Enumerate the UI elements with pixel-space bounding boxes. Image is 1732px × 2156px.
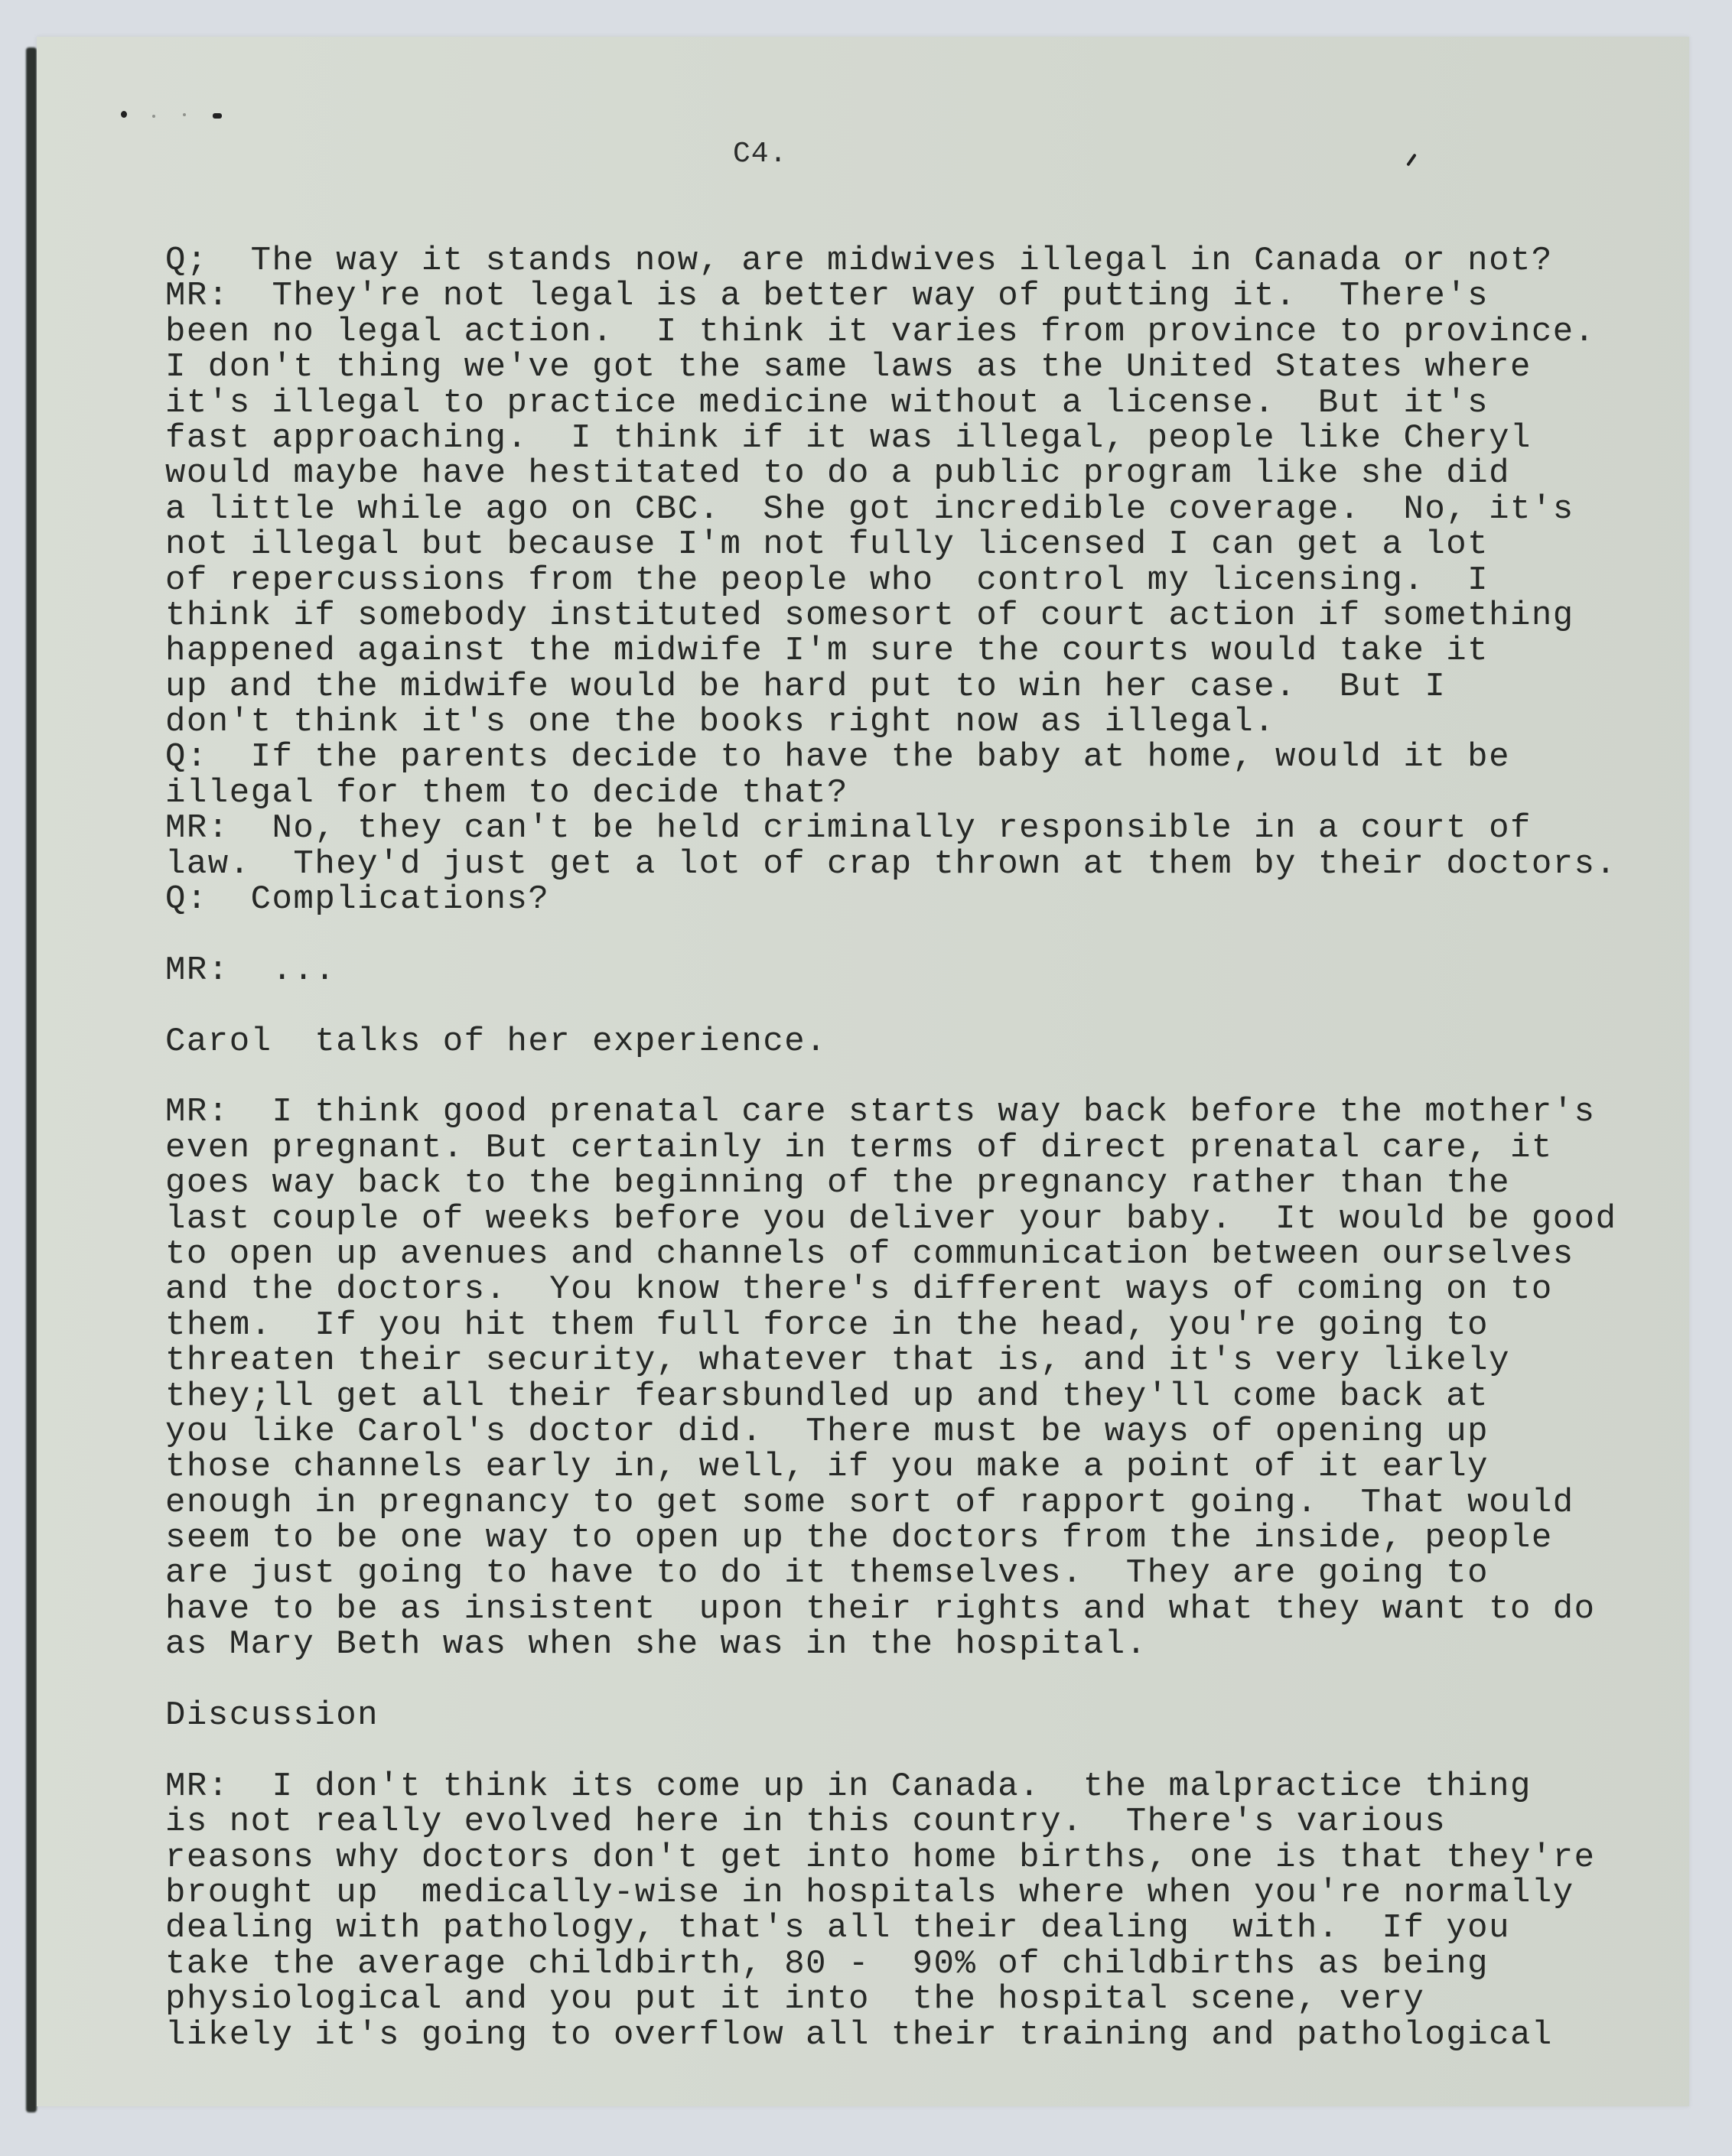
- punch-mark: [183, 113, 186, 116]
- text-line: Q; The way it stands now, are midwives i…: [165, 243, 1619, 278]
- text-line: of repercussions from the people who con…: [165, 563, 1619, 598]
- text-line: even pregnant. But certainly in terms of…: [165, 1130, 1619, 1166]
- text-line: Discussion: [165, 1698, 1619, 1733]
- text-line: enough in pregnancy to get some sort of …: [165, 1485, 1619, 1520]
- punch-mark: [152, 115, 155, 118]
- text-line: been no legal action. I think it varies …: [165, 314, 1619, 350]
- typed-body: Q; The way it stands now, are midwives i…: [165, 243, 1619, 2053]
- text-line: threaten their security, whatever that i…: [165, 1343, 1619, 1378]
- text-line: brought up medically-wise in hospitals w…: [165, 1875, 1619, 1910]
- blank-line: [165, 1663, 1619, 1698]
- text-line: reasons why doctors don't get into home …: [165, 1840, 1619, 1875]
- text-line: you like Carol's doctor did. There must …: [165, 1414, 1619, 1449]
- text-line: MR: I think good prenatal care starts wa…: [165, 1094, 1619, 1130]
- text-line: to open up avenues and channels of commu…: [165, 1237, 1619, 1272]
- text-line: MR: No, they can't be held criminally re…: [165, 811, 1619, 846]
- transcript-paragraph: MR: I don't think its come up in Canada.…: [165, 1769, 1619, 2053]
- text-line: law. They'd just get a lot of crap throw…: [165, 847, 1619, 882]
- transcript-paragraph: Q; The way it stands now, are midwives i…: [165, 243, 1619, 917]
- text-line: would maybe have hestitated to do a publ…: [165, 456, 1619, 491]
- blank-line: [165, 1059, 1619, 1094]
- text-line: it's illegal to practice medicine withou…: [165, 385, 1619, 421]
- text-line: happened against the midwife I'm sure th…: [165, 633, 1619, 668]
- page-binding-edge: [26, 47, 37, 2112]
- punch-mark: [121, 111, 127, 118]
- text-line: MR: They're not legal is a better way of…: [165, 278, 1619, 314]
- text-line: illegal for them to decide that?: [165, 776, 1619, 811]
- text-line: Q: If the parents decide to have the bab…: [165, 740, 1619, 775]
- text-line: are just going to have to do it themselv…: [165, 1556, 1619, 1591]
- text-line: dealing with pathology, that's all their…: [165, 1910, 1619, 1946]
- text-line: them. If you hit them full force in the …: [165, 1308, 1619, 1343]
- text-line: fast approaching. I think if it was ille…: [165, 421, 1619, 456]
- text-line: a little while ago on CBC. She got incre…: [165, 492, 1619, 527]
- text-line: Carol talks of her experience.: [165, 1024, 1619, 1059]
- text-line: not illegal but because I'm not fully li…: [165, 527, 1619, 562]
- text-line: seem to be one way to open up the doctor…: [165, 1520, 1619, 1556]
- text-line: think if somebody instituted somesort of…: [165, 598, 1619, 633]
- transcript-paragraph: MR: ...: [165, 953, 1619, 988]
- blank-line: [165, 1733, 1619, 1768]
- text-line: MR: ...: [165, 953, 1619, 988]
- blank-line: [165, 988, 1619, 1023]
- text-line: is not really evolved here in this count…: [165, 1804, 1619, 1839]
- text-line: don't think it's one the books right now…: [165, 704, 1619, 740]
- text-line: last couple of weeks before you deliver …: [165, 1202, 1619, 1237]
- text-line: Q: Complications?: [165, 882, 1619, 917]
- narration-note: Carol talks of her experience.: [165, 1024, 1619, 1059]
- text-line: as Mary Beth was when she was in the hos…: [165, 1627, 1619, 1662]
- text-line: take the average childbirth, 80 - 90% of…: [165, 1946, 1619, 1982]
- text-line: goes way back to the beginning of the pr…: [165, 1166, 1619, 1201]
- transcript-paragraph: MR: I think good prenatal care starts wa…: [165, 1094, 1619, 1662]
- text-line: and the doctors. You know there's differ…: [165, 1272, 1619, 1307]
- punch-mark: [213, 113, 222, 119]
- text-line: up and the midwife would be hard put to …: [165, 669, 1619, 704]
- text-line: likely it's going to overflow all their …: [165, 2018, 1619, 2053]
- text-line: those channels early in, well, if you ma…: [165, 1449, 1619, 1484]
- page-number: C4.: [733, 138, 787, 171]
- blank-line: [165, 917, 1619, 952]
- text-line: physiological and you put it into the ho…: [165, 1982, 1619, 2017]
- text-line: have to be as insistent upon their right…: [165, 1592, 1619, 1627]
- section-heading: Discussion: [165, 1698, 1619, 1733]
- text-line: MR: I don't think its come up in Canada.…: [165, 1769, 1619, 1804]
- text-line: I don't thing we've got the same laws as…: [165, 350, 1619, 385]
- text-line: they;ll get all their fearsbundled up an…: [165, 1379, 1619, 1414]
